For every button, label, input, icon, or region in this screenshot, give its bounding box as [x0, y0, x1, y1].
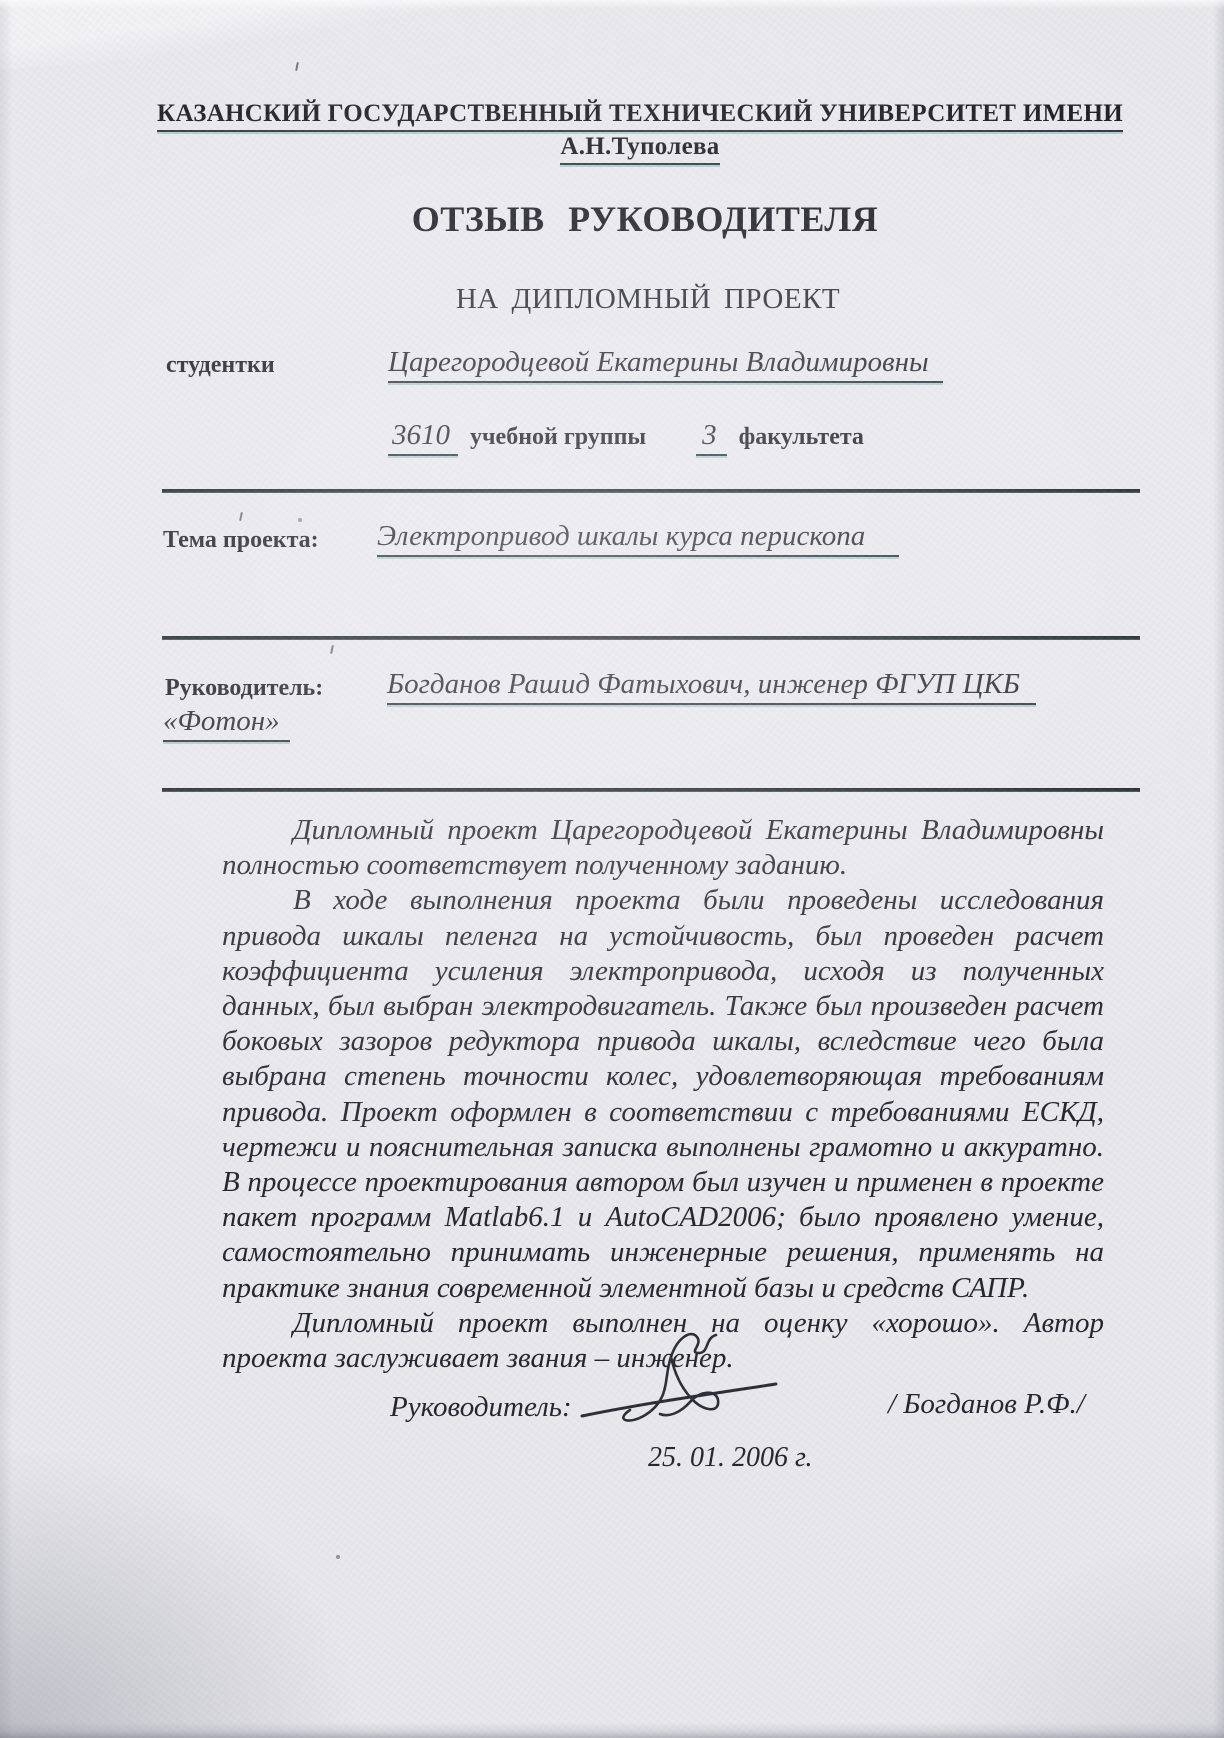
document-title: ОТЗЫВ РУКОВОДИТЕЛЯ	[33, 198, 1224, 240]
faculty-number: 3	[696, 419, 727, 456]
scan-speck	[298, 518, 302, 522]
group-label: учебной группы	[470, 424, 646, 451]
divider-rule-2	[162, 636, 1140, 640]
signature-label: Руководитель:	[390, 1391, 572, 1424]
scanned-review-document: КАЗАНСКИЙ ГОСУДАРСТВЕННЫЙ ТЕХНИЧЕСКИЙ УН…	[0, 0, 1224, 1738]
university-header: КАЗАНСКИЙ ГОСУДАРСТВЕННЫЙ ТЕХНИЧЕСКИЙ УН…	[28, 100, 1224, 165]
student-name: Царегородцевой Екатерины Владимировны	[388, 346, 943, 383]
university-name-line2: А.Н.Туполева	[560, 133, 719, 165]
supervisor-value-line1: Богданов Рашид Фатыхович, инженер ФГУП Ц…	[387, 668, 1036, 705]
divider-rule-3	[162, 788, 1140, 792]
group-number: 3610	[388, 419, 458, 456]
university-name-line1: КАЗАНСКИЙ ГОСУДАРСТВЕННЫЙ ТЕХНИЧЕСКИЙ УН…	[157, 100, 1123, 132]
scan-speck	[239, 512, 243, 521]
scan-speck	[336, 1555, 340, 1559]
divider-rule-1	[162, 489, 1140, 493]
group-faculty-row: 3610 учебной группы 3 факультета	[388, 419, 864, 456]
paper-fold-highlight	[0, 0, 483, 72]
handwritten-signature	[578, 1326, 788, 1436]
scan-speck	[330, 645, 334, 654]
review-body: Дипломный проект Царегородцевой Екатерин…	[222, 813, 1104, 1376]
supervisor-label: Руководитель:	[165, 675, 323, 702]
document-subtitle: НА ДИПЛОМНЫЙ ПРОЕКТ	[36, 283, 1224, 316]
review-paragraph-2: В ходе выполнения проекта были проведены…	[222, 883, 1104, 1305]
topic-label: Тема проекта:	[163, 527, 319, 554]
review-paragraph-1: Дипломный проект Царегородцевой Екатерин…	[222, 813, 1104, 883]
faculty-label: факультета	[739, 424, 864, 451]
supervisor-value-line2: «Фотон»	[163, 705, 290, 742]
scan-speck	[295, 62, 299, 71]
signature-name: / Богданов Р.Ф./	[888, 1388, 1085, 1421]
signature-date: 25. 01. 2006 г.	[648, 1442, 813, 1474]
student-label: студентки	[166, 352, 275, 379]
topic-value: Электропривод шкалы курса перископа	[377, 520, 899, 557]
